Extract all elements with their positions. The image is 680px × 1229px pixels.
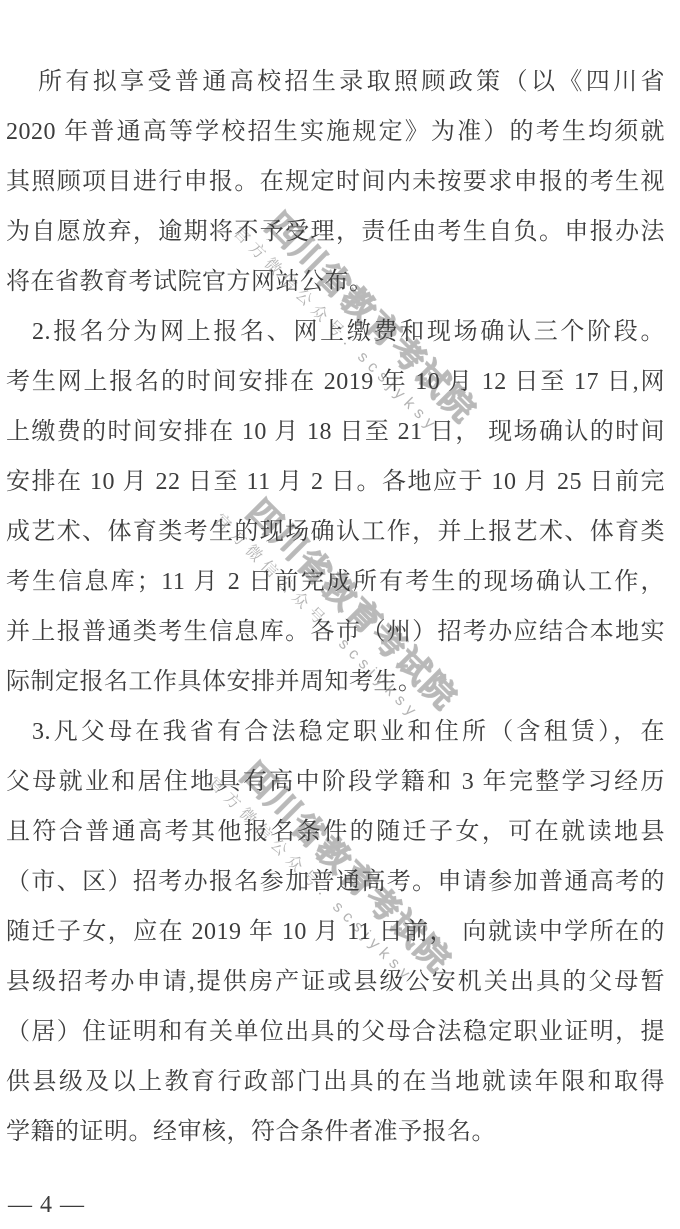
text-line: 上缴费的时间安排在 10 月 18 日至 21 日， 现场确认的时间 [6,407,665,457]
text-line: 所有拟享受普通高校招生录取照顾政策（以《四川省 [6,57,665,107]
text-line: 为自愿放弃，逾期将不予受理，责任由考生自负。申报办法 [6,207,665,257]
document-page: 四川省教育考试院 官方微信公众号：scsjyksy 四川省教育考试院 官方微信公… [0,0,680,1229]
paragraph-3: 3.凡父母在我省有合法稳定职业和住所（含租赁），在 父母就业和居住地具有高中阶段… [6,707,665,1157]
paragraph-1: 所有拟享受普通高校招生录取照顾政策（以《四川省 2020 年普通高等学校招生实施… [6,57,665,307]
text-line: 安排在 10 月 22 日至 11 月 2 日。各地应于 10 月 25 日前完 [6,457,665,507]
text-line: 际制定报名工作具体安排并周知考生。 [6,657,665,707]
text-line: 并上报普通类考生信息库。各市（州）招考办应结合本地实 [6,607,665,657]
text-line: 供县级及以上教育行政部门出具的在当地就读年限和取得 [6,1057,665,1107]
text-line: 将在省教育考试院官方网站公布。 [6,257,665,307]
text-block: 所有拟享受普通高校招生录取照顾政策（以《四川省 2020 年普通高等学校招生实施… [6,57,665,1157]
text-line: 学籍的证明。经审核，符合条件者准予报名。 [6,1107,665,1157]
text-line: 且符合普通高考其他报名条件的随迁子女，可在就读地县 [6,807,665,857]
text-line: （市、区）招考办报名参加普通高考。申请参加普通高考的 [6,857,665,907]
text-line: 其照顾项目进行申报。在规定时间内未按要求申报的考生视 [6,157,665,207]
text-line: 考生信息库；11 月 2 日前完成所有考生的现场确认工作， [6,557,665,607]
text-line: 2020 年普通高等学校招生实施规定》为准）的考生均须就 [6,107,665,157]
text-line: 随迁子女，应在 2019 年 10 月 11 日前， 向就读中学所在的 [6,907,665,957]
text-line: 3.凡父母在我省有合法稳定职业和住所（含租赁），在 [6,707,665,757]
text-line: 父母就业和居住地具有高中阶段学籍和 3 年完整学习经历 [6,757,665,807]
page-number: — 4 — [8,1192,85,1219]
text-line: （居）住证明和有关单位出具的父母合法稳定职业证明，提 [6,1007,665,1057]
text-line: 2.报名分为网上报名、网上缴费和现场确认三个阶段。 [6,307,665,357]
text-line: 考生网上报名的时间安排在 2019 年 10 月 12 日至 17 日,网 [6,357,665,407]
paragraph-2: 2.报名分为网上报名、网上缴费和现场确认三个阶段。 考生网上报名的时间安排在 2… [6,307,665,707]
text-line: 成艺术、体育类考生的现场确认工作，并上报艺术、体育类 [6,507,665,557]
text-line: 县级招考办申请,提供房产证或县级公安机关出具的父母暂 [6,957,665,1007]
